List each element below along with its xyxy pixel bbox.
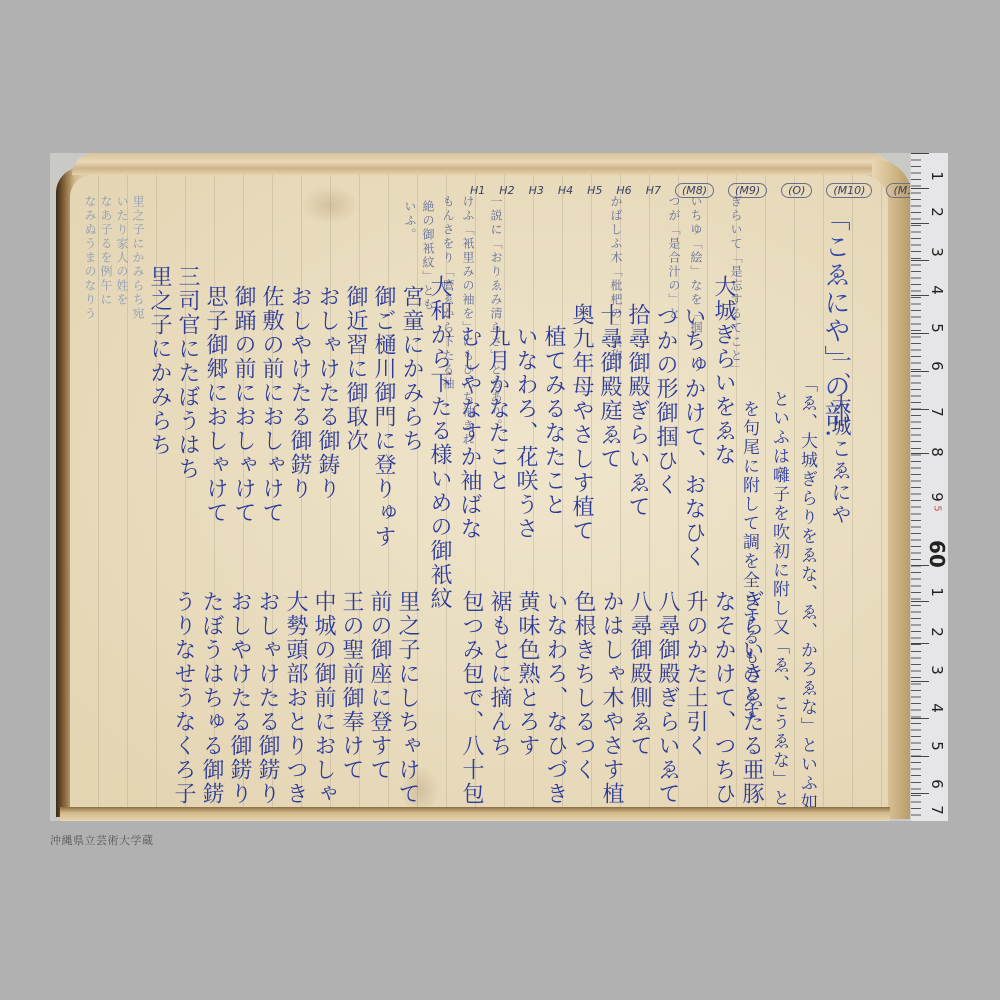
ruler-major-tick [911, 371, 929, 372]
ruler-major-tick [911, 333, 929, 334]
ruler-label: 3 [928, 242, 946, 262]
margin-note: いふ。 [404, 200, 416, 242]
text-column: 御踊の前におしゃけて [232, 285, 254, 525]
manuscript-photo: H1 H2 H3 H4 H5 H6 H7 (M8) (M9) (O) (M10)… [50, 153, 948, 821]
margin-note: 絶の御衹紋」とも [422, 200, 434, 312]
text-column: かはしゃ木やさす植て [600, 590, 622, 821]
text-column: 包つみ包で、八十包つで [460, 590, 482, 821]
margin-note: けふ「衹里みの袖を」にもひんち袖きれ [462, 195, 474, 447]
text-column: 色根きちしるつく [572, 590, 594, 782]
text-column: 中城の御前におしゃけて [312, 590, 334, 821]
text-column: おしゃけたる御鋳り [316, 285, 338, 501]
index-tag: H5 [587, 184, 602, 197]
collection-credit-caption: 沖縄県立芸術大学蔵 [50, 832, 154, 848]
margin-note-faint: 里之子にかみらち宛 [132, 195, 144, 321]
text-column: ぎらいきゑたる亜豚 [740, 590, 762, 806]
ruler-label: 8 [928, 442, 946, 462]
text-column: 黄味色熟とろす [516, 590, 538, 758]
text-column: 里之子にしちゃけて [396, 590, 418, 806]
text-column: おしやけたる御錺り [228, 590, 250, 806]
page-bottom-edge [60, 807, 890, 821]
text-column: なそかけて、つちひく [712, 590, 734, 821]
ruler-label: 3 [928, 660, 946, 680]
text-column: 大勢頭部おとりつき [284, 590, 306, 806]
margin-note: ぎらいて「是忘するてこと」 [730, 195, 742, 377]
text-column: 御ご樋川御門に登りゅす [372, 285, 394, 549]
ruler-label: 4 [928, 280, 946, 300]
index-tag: (M10) [826, 183, 872, 198]
ruler-major-tick [911, 188, 929, 189]
text-column: 植てみるなたこと [542, 325, 564, 517]
ruler-label: 7 [928, 800, 946, 820]
ruler-label: 4 [928, 698, 946, 718]
text-column: 御近習に御取次 [344, 285, 366, 453]
text-column: 佐敷の前におしゃけて [260, 285, 282, 525]
ruler-label: 2 [928, 202, 946, 222]
heading-line: 一、大城こゑにや [830, 350, 850, 526]
text-column: 宮童にかみらち [400, 285, 422, 453]
viewer-stage: H1 H2 H3 H4 H5 H6 H7 (M8) (M9) (O) (M10)… [0, 0, 1000, 1000]
ruler-label-major: 60 [925, 540, 948, 560]
ruler-label: 5 [928, 736, 946, 756]
text-column: 奥九年母やさしす植て [570, 303, 592, 543]
text-column: 「ゑ、大城ぎらりをゑな、ゑ、かろゑな」といふ如く「ゑ [798, 375, 815, 821]
paper-stain [300, 185, 360, 225]
text-column: 升のかた土引く [684, 590, 706, 758]
index-tag: H7 [646, 184, 661, 197]
text-column: おしやけたる御錺り [288, 285, 310, 501]
margin-note: つが「是合汁の」と [668, 195, 680, 321]
text-column: つかの形御掴ひく [654, 305, 676, 497]
index-tag: H4 [558, 184, 573, 197]
margin-note: もんさをり「麿ゑから下たる袖 [442, 195, 454, 391]
ruler-major-tick [911, 718, 929, 719]
margin-note-faint: いたり家人の姓を [116, 195, 128, 307]
text-column: 拾尋御殿ぎらいゑて [626, 303, 648, 519]
ruler-label: 2 [928, 622, 946, 642]
ruler-major-tick [911, 223, 929, 224]
ruler-label: 7 [928, 402, 946, 422]
text-column: 思子御郷におしゃけて [204, 285, 226, 525]
ruler-label: 5 [928, 318, 946, 338]
ruler-major-tick [911, 453, 929, 454]
index-tag: H3 [529, 184, 544, 197]
text-column: 八尋御殿ぎらいゑて [656, 590, 678, 806]
ruler-major-tick [911, 756, 929, 757]
text-column: 前の御座に登すて [368, 590, 390, 782]
ruler-major-tick [911, 643, 929, 644]
text-column: うりなせうなくろ子 [172, 590, 194, 806]
ruler-major-tick [911, 260, 929, 261]
margin-note: 一説に「おりゑみ清らさ」ともあり。 [490, 195, 502, 433]
measuring-ruler: 1 2 3 4 5 6 7 8 9 5 60 1 2 3 4 [910, 153, 948, 821]
ruler-major-tick [911, 601, 929, 602]
ruler-label: 6 [928, 356, 946, 376]
ruler-major-tick [911, 409, 929, 410]
ruler-major-tick [911, 153, 929, 154]
text-column: といふは囃子を吹初に附し又「ゑ、こうゑな」といふ囃 [770, 390, 787, 821]
margin-note-faint: なあ子るを例午に [100, 195, 112, 307]
ruler-label: 6 [928, 774, 946, 794]
text-column: おしゃけたる御錺り [256, 590, 278, 806]
ruler-major-tick [911, 793, 929, 794]
text-column: 八尋御殿側ゑて [628, 590, 650, 758]
margin-note: かばしふ木「枇杷の」異称」 [610, 195, 622, 377]
margin-note: いちゆ「絵」なを「掴」 [690, 195, 702, 349]
page-stack-top-edge [72, 153, 892, 175]
margin-note-faint: なみぬうまのなりう [84, 195, 96, 321]
text-column: いなわろ、なひづきよろす [544, 590, 566, 821]
ruler-label: 1 [928, 166, 946, 186]
ruler-major-tick [911, 295, 929, 296]
index-tag: (O) [781, 183, 812, 198]
text-column: 王の聖前御奉けて [340, 590, 362, 782]
ruler-major-tick [911, 565, 929, 566]
text-column: 裾もとに摘んち [488, 590, 510, 758]
ruler-label: 1 [928, 582, 946, 602]
ruler-major-tick [911, 681, 929, 682]
ruler-label-red: 5 [932, 499, 943, 519]
text-column: たぼうはちゅる御錺の [200, 590, 222, 821]
text-column: 里之子にかみらち [148, 265, 170, 457]
notebook-page: H1 H2 H3 H4 H5 H6 H7 (M8) (M9) (O) (M10)… [70, 175, 888, 811]
text-column: 三司官にたぼうはち [176, 265, 198, 481]
text-column: いなわろ、花咲うさ [514, 325, 536, 541]
